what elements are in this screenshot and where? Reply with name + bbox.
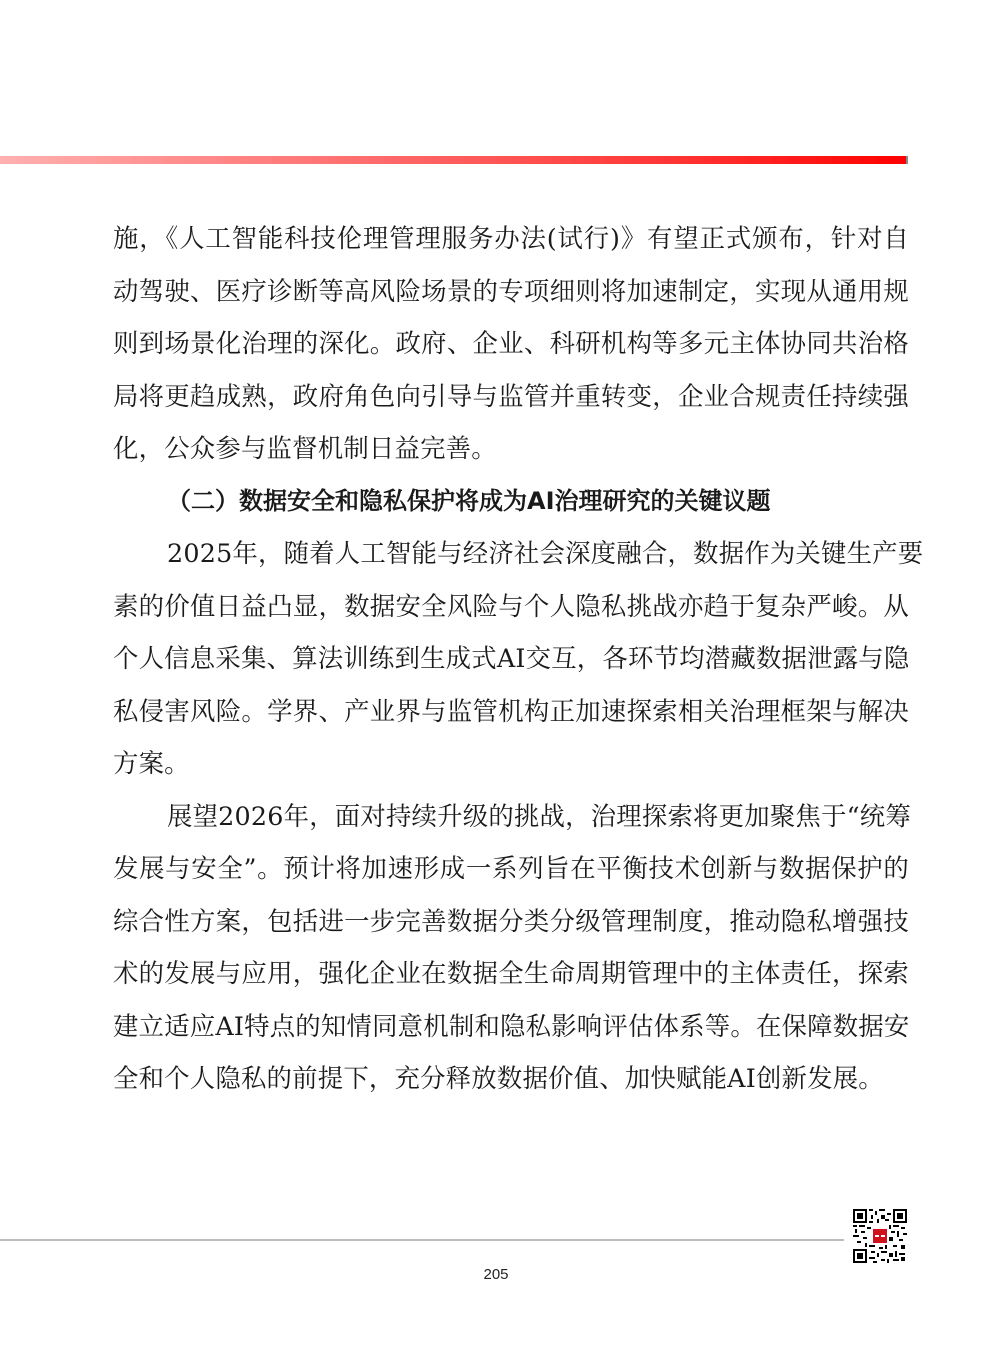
section-heading: （二）数据安全和隐私保护将成为AI治理研究的关键议题	[113, 475, 909, 528]
page-body: 施，《人工智能科技伦理管理服务办法(试行)》有望正式颁布，针对自 动驾驶、医疗诊…	[113, 212, 909, 1105]
text-line: 化，公众参与监督机制日益完善。	[113, 422, 909, 475]
paragraph-2026: 展望2026年，面对持续升级的挑战，治理探索将更加聚焦于“统筹 发展与安全”。预…	[113, 790, 909, 1105]
qr-code-icon	[853, 1209, 907, 1263]
text-line: 局将更趋成熟，政府角色向引导与监管并重转变，企业合规责任持续强	[113, 370, 909, 423]
footer-divider	[0, 1239, 844, 1241]
header-accent-bar-cap	[906, 156, 908, 164]
text-line: 私侵害风险。学界、产业界与监管机构正加速探索相关治理框架与解决	[113, 685, 909, 738]
page-number: 205	[0, 1266, 992, 1283]
text-line: 方案。	[113, 737, 909, 790]
text-line: 全和个人隐私的前提下，充分释放数据价值、加快赋能AI创新发展。	[113, 1052, 909, 1105]
text-line: 素的价值日益凸显，数据安全风险与个人隐私挑战亦趋于复杂严峻。从	[113, 580, 909, 633]
text-line: 展望2026年，面对持续升级的挑战，治理探索将更加聚焦于“统筹	[113, 790, 909, 843]
text-line: 施，《人工智能科技伦理管理服务办法(试行)》有望正式颁布，针对自	[113, 212, 909, 265]
paragraph-2025: 2025年，随着人工智能与经济社会深度融合，数据作为关键生产要 素的价值日益凸显…	[113, 527, 909, 790]
text-line: 建立适应AI特点的知情同意机制和隐私影响评估体系等。在保障数据安	[113, 1000, 909, 1053]
header-accent-bar	[0, 156, 906, 164]
text-line: 个人信息采集、算法训练到生成式AI交互，各环节均潜藏数据泄露与隐	[113, 632, 909, 685]
text-line: 发展与安全”。预计将加速形成一系列旨在平衡技术创新与数据保护的	[113, 842, 909, 895]
paragraph-continuation: 施，《人工智能科技伦理管理服务办法(试行)》有望正式颁布，针对自 动驾驶、医疗诊…	[113, 212, 909, 475]
text-line: 2025年，随着人工智能与经济社会深度融合，数据作为关键生产要	[113, 527, 909, 580]
text-line: 综合性方案，包括进一步完善数据分类分级管理制度，推动隐私增强技	[113, 895, 909, 948]
text-line: 术的发展与应用，强化企业在数据全生命周期管理中的主体责任，探索	[113, 947, 909, 1000]
text-line: 则到场景化治理的深化。政府、企业、科研机构等多元主体协同共治格	[113, 317, 909, 370]
text-line: 动驾驶、医疗诊断等高风险场景的专项细则将加速制定，实现从通用规	[113, 265, 909, 318]
